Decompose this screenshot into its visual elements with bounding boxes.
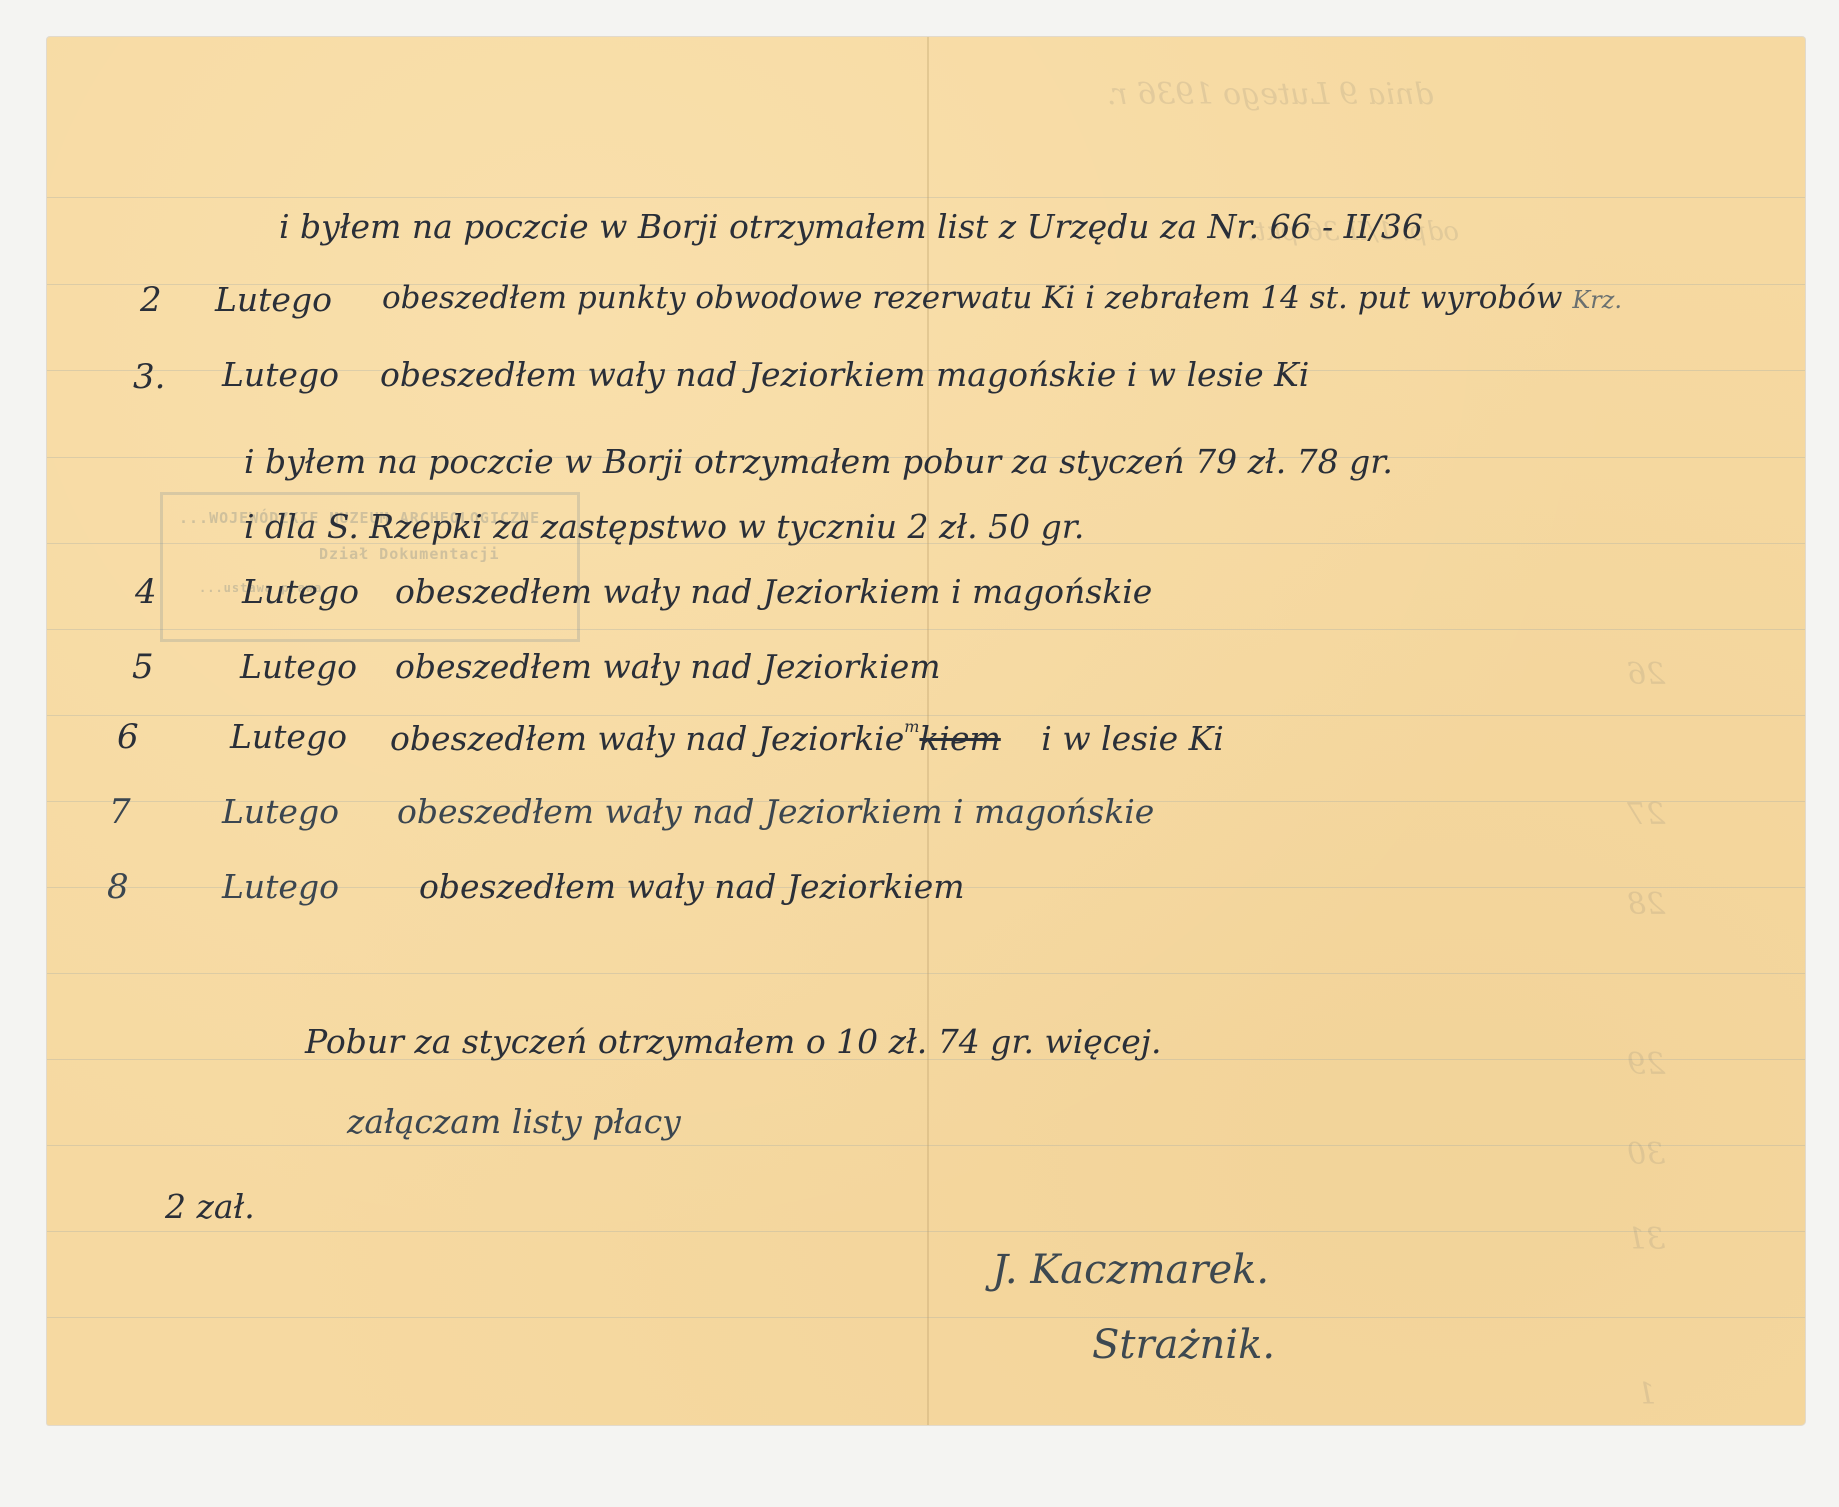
- ruled-line: [47, 715, 1805, 716]
- insertion-superscript: m: [904, 717, 919, 736]
- signature-title: Strażnik.: [1092, 1322, 1275, 1368]
- entry-day: 4: [135, 572, 157, 612]
- entry-text: obeszedłem wały nad Jeziorkiem i magońsk…: [395, 572, 1152, 611]
- bleed-through-day: 28: [1627, 887, 1665, 922]
- bleed-through-date: dnia 9 Lutego 1936 r.: [1107, 77, 1433, 112]
- entry-day: 3.: [133, 357, 165, 397]
- entry-day: 8: [107, 867, 129, 907]
- entry-month: Lutego: [222, 792, 339, 831]
- struck-text: kiem: [919, 719, 1000, 758]
- continuation-line: i byłem na poczcie w Borji otrzymałem po…: [244, 442, 1393, 481]
- bleed-through-day: 27: [1627, 797, 1665, 832]
- entry-text-main: obeszedłem punkty obwodowe rezerwatu Ki …: [382, 280, 1562, 316]
- entry-day: 6: [117, 717, 139, 757]
- ruled-line: [47, 1145, 1805, 1146]
- bleed-through-day: 29: [1627, 1047, 1665, 1082]
- entry-text: obeszedłem wały nad Jeziorkiem i magońsk…: [397, 792, 1154, 831]
- entry-day: 5: [132, 647, 154, 687]
- entry-text: obeszedłem wały nad Jeziorkiem magońskie…: [380, 355, 1309, 394]
- ruled-line: [47, 197, 1805, 198]
- entry-month: Lutego: [240, 647, 357, 686]
- entry-text-before: obeszedłem wały nad Jeziorkie: [390, 719, 904, 758]
- entry-text: obeszedłem punkty obwodowe rezerwatu Ki …: [382, 280, 1622, 316]
- entry-day: 2: [140, 280, 162, 320]
- entry-day: 7: [109, 792, 131, 832]
- entry-text-after: i w lesie Ki: [1041, 719, 1224, 758]
- summary-line: Pobur za styczeń otrzymałem o 10 zł. 74 …: [305, 1022, 1162, 1061]
- bleed-through-day: 26: [1627, 657, 1665, 692]
- intro-line: i byłem na poczcie w Borji otrzymałem li…: [279, 207, 1423, 246]
- entry-month: Lutego: [222, 355, 339, 394]
- entry-month: Lutego: [215, 280, 332, 319]
- entry-text: obeszedłem wały nad Jeziorkiem: [395, 647, 941, 686]
- entry-month: Lutego: [222, 867, 339, 906]
- bleed-through-day: 30: [1627, 1137, 1665, 1172]
- bleed-through-day: 1: [1637, 1377, 1656, 1412]
- attachments-count: 2 zał.: [165, 1187, 255, 1226]
- entry-month: Lutego: [230, 717, 347, 756]
- ruled-line: [47, 1231, 1805, 1232]
- entry-text: obeszedłem wały nad Jeziorkiemkiem i w l…: [390, 717, 1224, 758]
- stamp-line: Dział Dokumentacji: [179, 545, 561, 563]
- ruled-line: [47, 1317, 1805, 1318]
- document-paper: dnia 9 Lutego 1936 r. odp. 1/II 36 pkt. …: [47, 37, 1805, 1425]
- ruled-line: [47, 973, 1805, 974]
- bleed-through-day: 31: [1627, 1222, 1665, 1257]
- entry-text: obeszedłem wały nad Jeziorkiem: [419, 867, 965, 906]
- attachment-note: załączam listy płacy: [347, 1102, 681, 1141]
- signature-name: J. Kaczmarek.: [992, 1247, 1269, 1293]
- continuation-line: i dla S. Rzepki za zastępstwo w tyczniu …: [244, 507, 1084, 546]
- entry-month: Lutego: [242, 572, 359, 611]
- entry-trailing-note: Krz.: [1572, 286, 1622, 314]
